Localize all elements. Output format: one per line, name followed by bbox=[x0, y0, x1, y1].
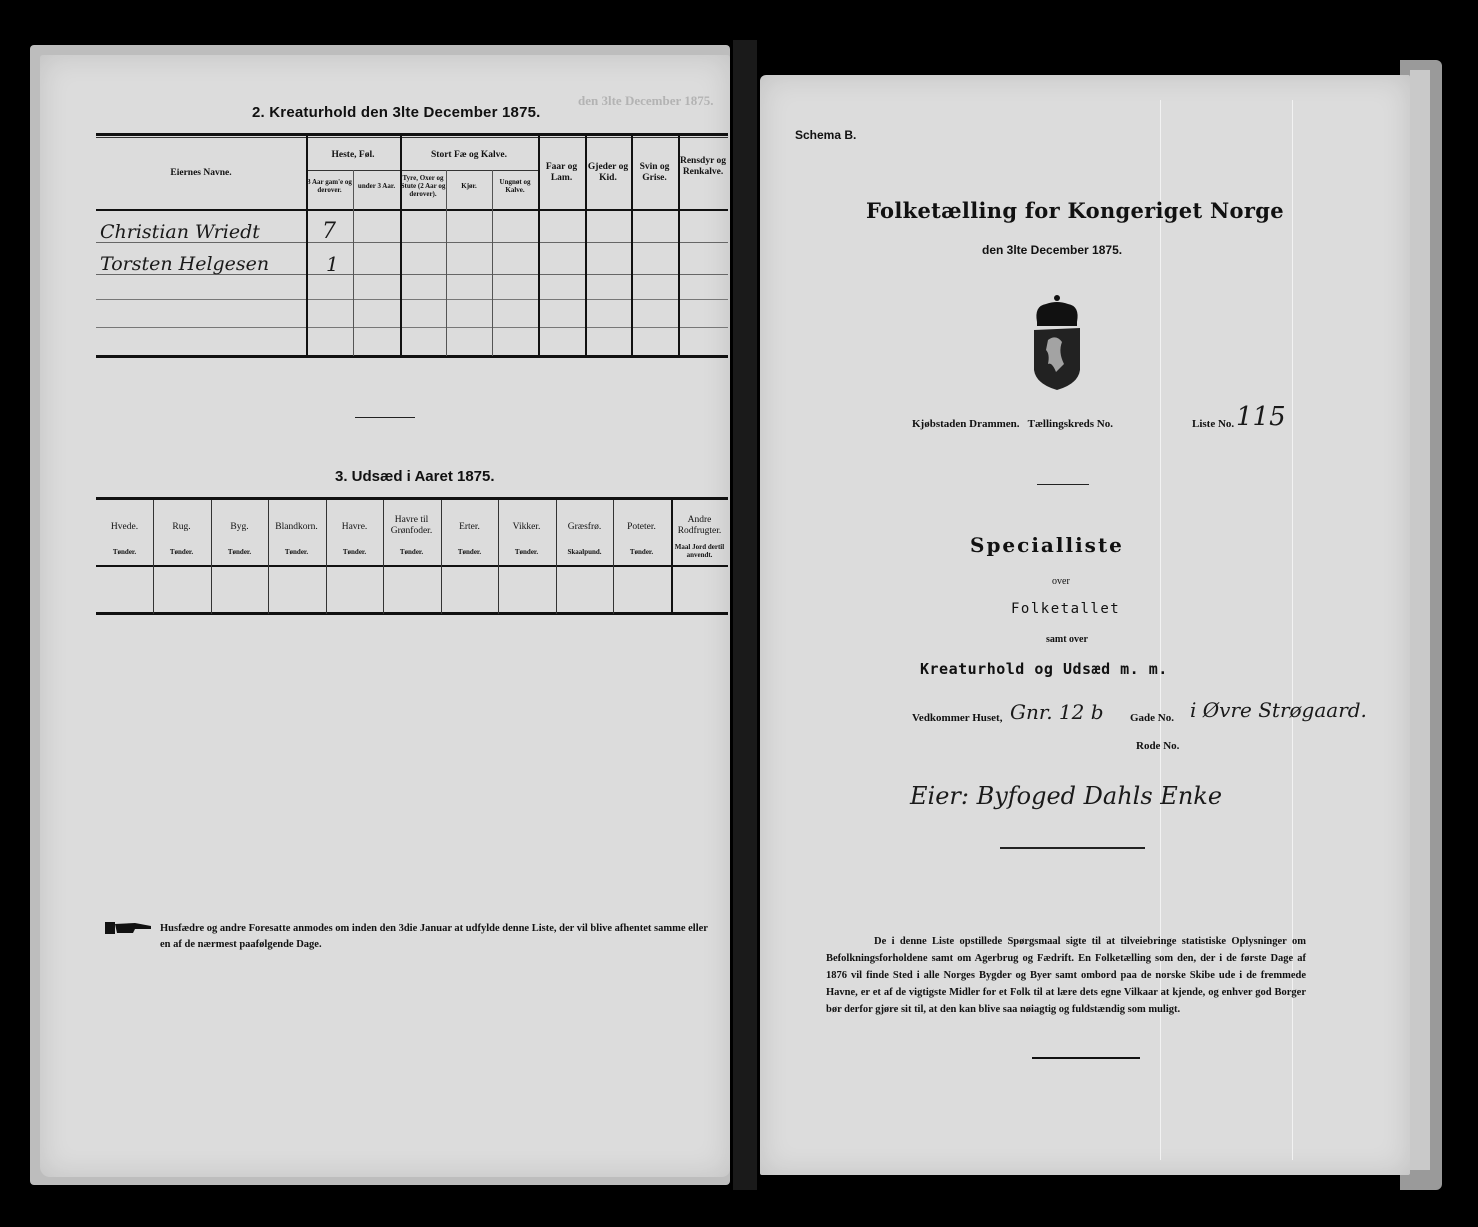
specialliste-heading: Specialliste bbox=[970, 533, 1124, 557]
sowing-col-unit: Tønder. bbox=[326, 548, 383, 556]
explanatory-paragraph: De i denne Liste opstillede Spørgsmaal s… bbox=[826, 933, 1306, 1018]
section2-title: 2. Kreaturhold den 3lte December 1875. bbox=[252, 104, 541, 121]
rode-label: Rode No. bbox=[1136, 740, 1179, 752]
list-number-label: Liste No. bbox=[1192, 418, 1234, 430]
right-page-stack-edge bbox=[1410, 70, 1430, 1170]
row-rule-3 bbox=[96, 299, 728, 300]
sowing-col-unit: Tønder. bbox=[96, 548, 153, 556]
sowing-col-unit: Tønder. bbox=[211, 548, 268, 556]
col-header-horses-3plus: 3 Aar gam'e og derover. bbox=[306, 178, 353, 194]
table-top-rule bbox=[96, 133, 728, 136]
col-header-cattle: Stort Fæ og Kalve. bbox=[400, 150, 538, 161]
col-divider bbox=[306, 136, 308, 356]
col-header-goats: Gjeder og Kid. bbox=[585, 162, 631, 184]
section3-title: 3. Udsæd i Aaret 1875. bbox=[335, 468, 495, 485]
sowing-col-header: Rug. bbox=[153, 522, 210, 533]
table-header-rule bbox=[96, 209, 728, 211]
over-label: over bbox=[1052, 576, 1070, 587]
sowing-col-header: Havre til Grønfoder. bbox=[383, 515, 440, 537]
col-divider bbox=[326, 500, 327, 614]
sowing-col-unit: Tønder. bbox=[153, 548, 210, 556]
sowing-col-unit: Tønder. bbox=[441, 548, 498, 556]
samt-over-label: samt over bbox=[1046, 634, 1088, 645]
col-header-reindeer: Rensdyr og Renkalve. bbox=[678, 156, 728, 178]
col-header-cattle-cows: Kjør. bbox=[446, 182, 492, 190]
owner-name-cell: Christian Wriedt bbox=[100, 221, 260, 243]
street-value: i Øvre Strøgaard. bbox=[1190, 698, 1367, 722]
col-divider bbox=[446, 170, 447, 356]
sowing-col-unit: Tønder. bbox=[268, 548, 325, 556]
sowing-col-unit: Tønder. bbox=[383, 548, 440, 556]
kreaturhold-heading: Kreaturhold og Udsæd m. m. bbox=[920, 660, 1168, 678]
col-header-owner: Eiernes Navne. bbox=[96, 168, 306, 179]
col-divider bbox=[556, 500, 557, 614]
col-divider bbox=[211, 500, 212, 614]
house-label: Vedkommer Huset, bbox=[912, 712, 1002, 724]
sowing-col-unit: Tønder. bbox=[613, 548, 670, 556]
table-top-rule-inner bbox=[96, 137, 728, 138]
schema-label: Schema B. bbox=[795, 128, 856, 142]
section-separator bbox=[355, 417, 415, 418]
sowing-col-header: Andre Rodfrugter. bbox=[671, 515, 728, 537]
sowing-table-bottom-rule bbox=[96, 612, 728, 615]
horses-3plus-cell: 7 bbox=[322, 219, 336, 244]
owner-line: Eier: Byfoged Dahls Enke bbox=[910, 782, 1222, 810]
horses-3plus-cell: 1 bbox=[326, 252, 339, 276]
owner-name-cell: Torsten Helgesen bbox=[100, 253, 269, 275]
cattle-subheader-rule bbox=[401, 170, 538, 171]
sowing-col-header: Vikker. bbox=[498, 522, 555, 533]
sowing-table-top-rule bbox=[96, 497, 728, 500]
sowing-col-unit: Skaalpund. bbox=[556, 548, 613, 556]
col-header-sheep: Faar og Lam. bbox=[538, 162, 585, 184]
col-divider bbox=[441, 500, 442, 614]
document-date: den 3lte December 1875. bbox=[982, 243, 1122, 257]
col-header-cattle-bulls: Tyre, Oxer og Stute (2 Aar og derover). bbox=[400, 174, 446, 198]
col-header-pigs: Svin og Grise. bbox=[631, 162, 678, 184]
col-header-horses: Heste, Føl. bbox=[306, 150, 400, 161]
bleed-through-text: den 3lte December 1875. bbox=[578, 93, 714, 109]
place-line: Kjøbstaden Drammen. Tællingskreds No. bbox=[912, 418, 1113, 430]
sowing-col-header: Erter. bbox=[441, 522, 498, 533]
col-header-horses-under3: under 3 Aar. bbox=[353, 182, 400, 190]
title-separator bbox=[1037, 484, 1089, 485]
row-rule-4 bbox=[96, 327, 728, 328]
pointing-hand-icon bbox=[105, 920, 153, 936]
col-header-cattle-young: Ungnøt og Kalve. bbox=[492, 178, 538, 194]
sowing-table-header-rule bbox=[96, 565, 728, 567]
col-divider bbox=[400, 136, 402, 356]
list-number-value: 115 bbox=[1236, 402, 1286, 432]
sowing-col-unit: Maal Jord dertil anvendt. bbox=[671, 543, 728, 559]
sowing-col-header: Poteter. bbox=[613, 522, 670, 533]
closing-rule bbox=[1032, 1057, 1140, 1059]
col-divider bbox=[613, 500, 614, 614]
folketallet-heading: Folketallet bbox=[1011, 601, 1120, 617]
sowing-col-header: Havre. bbox=[326, 522, 383, 533]
sowing-col-unit: Tønder. bbox=[498, 548, 555, 556]
sowing-col-header: Byg. bbox=[211, 522, 268, 533]
town-name: Kjøbstaden Drammen. bbox=[912, 418, 1020, 430]
district-label: Tællingskreds No. bbox=[1028, 418, 1113, 430]
col-divider bbox=[492, 170, 493, 356]
paragraph-text: De i denne Liste opstillede Spørgsmaal s… bbox=[826, 936, 1306, 1015]
col-divider bbox=[268, 500, 269, 614]
sowing-col-header: Hvede. bbox=[96, 522, 153, 533]
signature-rule bbox=[1000, 847, 1145, 849]
table-bottom-rule bbox=[96, 355, 728, 358]
document-title: Folketælling for Kongeriget Norge bbox=[866, 198, 1284, 223]
sowing-col-header: Græsfrø. bbox=[556, 522, 613, 533]
coat-of-arms-icon bbox=[1028, 292, 1086, 392]
street-label: Gade No. bbox=[1130, 712, 1174, 724]
col-divider bbox=[353, 170, 354, 356]
house-value: Gnr. 12 b bbox=[1010, 700, 1104, 724]
book-spine bbox=[733, 40, 757, 1190]
col-divider bbox=[153, 500, 154, 614]
instruction-notice: Husfædre og andre Foresatte anmodes om i… bbox=[160, 921, 720, 953]
col-divider bbox=[498, 500, 499, 614]
sowing-col-header: Blandkorn. bbox=[268, 522, 325, 533]
